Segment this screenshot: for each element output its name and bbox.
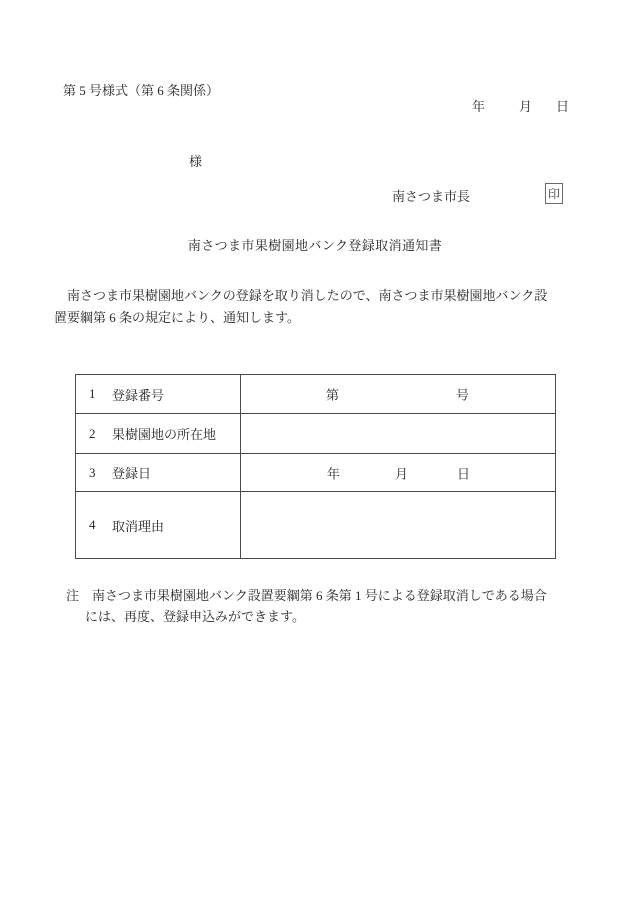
table-cell-label-4: 4 取消理由 [76, 492, 241, 558]
note-line-2: には、再度、登録申込みができます。 [85, 606, 305, 625]
row-label: 登録日 [112, 463, 151, 482]
table-row-orchard-location: 2 果樹園地の所在地 [76, 413, 555, 453]
row-number: 1 [89, 386, 97, 402]
date-year-label: 年 [472, 96, 485, 115]
row-number: 4 [89, 517, 97, 533]
year-label: 年 [327, 463, 340, 482]
row-label: 登録番号 [112, 385, 164, 404]
table-row-registration-number: 1 登録番号 第 号 [76, 375, 555, 413]
form-number: 第 5 号様式（第 6 条関係） [63, 80, 219, 99]
row-label: 取消理由 [112, 516, 164, 535]
table-row-cancellation-reason: 4 取消理由 [76, 491, 555, 558]
table-cell-value-1: 第 号 [241, 375, 555, 413]
note-line-1: 注 南さつま市果樹園地バンク設置要綱第 6 条第 1 号による登録取消しである場… [66, 585, 547, 604]
table-cell-label-3: 3 登録日 [76, 454, 241, 491]
table-cell-value-4 [241, 492, 555, 558]
document-title: 南さつま市果樹園地バンク登録取消通知書 [0, 235, 630, 254]
row-number: 3 [89, 465, 97, 481]
recipient-honorific: 様 [189, 151, 202, 170]
seal-placeholder-box: 印 [545, 183, 563, 204]
document-page: 第 5 号様式（第 6 条関係） 年 月 日 様 南さつま市長 印 南さつま市果… [0, 0, 630, 903]
row-label: 果樹園地の所在地 [112, 424, 216, 443]
row-number: 2 [89, 426, 97, 442]
seal-mark: 印 [548, 185, 560, 202]
table-cell-label-2: 2 果樹園地の所在地 [76, 414, 241, 453]
month-label: 月 [395, 463, 408, 482]
number-prefix-label: 第 [326, 385, 339, 404]
table-cell-value-2 [241, 414, 555, 453]
issuer-title: 南さつま市長 [392, 186, 470, 205]
number-suffix-label: 号 [456, 385, 469, 404]
registration-cancellation-table: 1 登録番号 第 号 2 果樹園地の所在地 3 登録日 年 月 日 [75, 374, 556, 559]
body-line-1: 南さつま市果樹園地バンクの登録を取り消したので、南さつま市果樹園地バンク設 [54, 285, 547, 307]
date-month-label: 月 [519, 96, 532, 115]
table-cell-label-1: 1 登録番号 [76, 375, 241, 413]
body-line-2: 置要綱第 6 条の規定により、通知します。 [54, 307, 547, 329]
table-row-registration-date: 3 登録日 年 月 日 [76, 453, 555, 491]
body-paragraph: 南さつま市果樹園地バンクの登録を取り消したので、南さつま市果樹園地バンク設 置要… [54, 285, 547, 329]
date-day-label: 日 [556, 96, 569, 115]
table-cell-value-3: 年 月 日 [241, 454, 555, 491]
day-label: 日 [457, 463, 470, 482]
